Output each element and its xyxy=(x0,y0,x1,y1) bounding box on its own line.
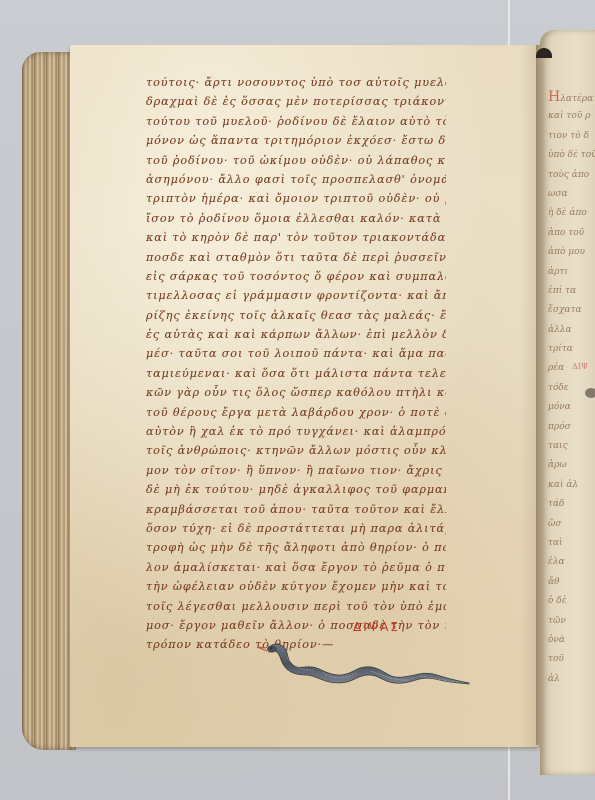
text-line: ρίζης ἐκείνης τοῖς ἀλκαῖς θεασ τὰς μαλεά… xyxy=(146,306,446,325)
facing-text-line: ἐλα xyxy=(548,553,595,572)
facing-text-line: ταις xyxy=(548,437,595,456)
facing-text-line: ἡ δὲ ἀπο xyxy=(548,204,595,223)
facing-text-line: τοὺς ἀπο xyxy=(548,166,595,185)
text-line: τοῦ ῥοδίνου· τοῦ ὠκίμου οὐδὲν· οὐ λάπαθο… xyxy=(146,151,446,170)
facing-text-line: ἀλλα xyxy=(548,321,595,340)
facing-text-line: ἀρτι xyxy=(548,263,595,282)
text-line: μόνον ὡς ἅπαντα τριτημόριον ἐκχόεσ· ἔστω… xyxy=(146,131,446,150)
text-line: τοῖς ἀνθρώποις· κτηνῶν ἄλλων μόστις οὖν … xyxy=(146,441,446,460)
text-line: τοῖς λέγεσθαι μελλουσιν περὶ τοῦ τὸν ὑπὸ… xyxy=(146,597,446,616)
manuscript-photo: 3 τούτοις· ἄρτι νοσουντος ὑπὸ τοσ αὐτοῖς… xyxy=(0,0,595,800)
facing-text-line: ἀπο τοῦ xyxy=(548,224,595,243)
text-line: λον ἀμαλίσκεται· καὶ ὅσα ἔργον τὸ ῥεῦμα … xyxy=(146,558,446,577)
facing-text-line: ὁ δὲ xyxy=(548,592,595,611)
facing-text-line: ἀλ xyxy=(548,670,595,689)
text-line: δὲ μὴ ἐκ τούτου· μηδὲ ἀγκαλλιφος τοῦ φαρ… xyxy=(146,480,446,499)
facing-text-line: ἀρω xyxy=(548,456,595,475)
facing-text-line: ωσα xyxy=(548,185,595,204)
rubric-title-dipsas: ΔΙΨΑΣ xyxy=(353,620,400,634)
facing-text-line: ὑπὸ δὲ τοῦ xyxy=(548,146,595,165)
facing-snake-head-icon xyxy=(585,388,595,398)
text-line: τριπτὸν ἡμέρα· καὶ ὄμοιον τριπτοῦ οὐδὲν·… xyxy=(146,189,446,208)
facing-text-line: τῶν xyxy=(548,612,595,631)
text-line: δραχμαὶ δὲ ἐς ὅσσας μὲν ποτερίσσας τριάκ… xyxy=(146,92,446,111)
text-line: τούτοις· ἄρτι νοσουντος ὑπὸ τοσ αὐτοῖς μ… xyxy=(146,73,446,92)
facing-text-line: καὶ ἀλ xyxy=(548,476,595,495)
facing-text-line: Ηλατέρα πε xyxy=(548,88,595,107)
facing-text-line: τοῦ xyxy=(548,650,595,669)
text-line: τοῦ θέρους ἔργα μετὰ λαβάρδου χρον· ὁ πο… xyxy=(146,403,446,422)
facing-text-line: τιον τὸ δ xyxy=(548,127,595,146)
text-line: ταμιεύμεναι· καὶ ὅσα ὅτι μάλιστα πάντα τ… xyxy=(146,364,446,383)
facing-rubric: ΔΙΨ xyxy=(572,362,588,371)
facing-text-line: μόνα xyxy=(548,398,595,417)
text-line: αὐτὸν ἢ χαλ ἐκ τὸ πρό τυγχάνει· καὶ ἀλαμ… xyxy=(146,422,446,441)
stacked-page-edges xyxy=(22,52,76,750)
facing-text-line: καὶ τοῦ ρ xyxy=(548,107,595,126)
facing-text-line: ὀνὰ xyxy=(548,631,595,650)
text-line: μέσ· ταῦτα σοι τοῦ λοιποῦ πάντα· καὶ ἅμα… xyxy=(146,344,446,363)
text-line: μοσ· ἔργον μαθεῖν ἄλλον· ὁ ποσσαδὲ τὴν τ… xyxy=(146,616,446,635)
text-line: τροφὴ ὡς μὴν δὲ τῆς ἄληφοτι ἀπὸ θηρίον· … xyxy=(146,538,446,557)
facing-text-line: ἔσχατα xyxy=(548,301,595,320)
text-line: ποσδε καὶ σταθμὸν ὅτι ταῦτα δὲ περὶ ῥυσσ… xyxy=(146,248,446,267)
facing-text-line: τρίτα xyxy=(548,340,595,359)
snake-illustration-icon xyxy=(253,635,473,695)
facing-text-line: ταὶ xyxy=(548,534,595,553)
manuscript-page: 3 τούτοις· ἄρτι νοσουντος ὑπὸ τοσ αὐτοῖς… xyxy=(70,45,540,747)
decorated-initial: Η xyxy=(548,89,560,105)
binding-headcap xyxy=(536,48,552,58)
text-line: ὅσον τύχη· εἰ δὲ προστάττεται μὴ παρα ἀλ… xyxy=(146,519,446,538)
facing-text-line: ἐπὶ τα xyxy=(548,282,595,301)
text-line: τούτου τοῦ μυελοῦ· ῥοδίνου δὲ ἔλαιον αὐτ… xyxy=(146,112,446,131)
text-line: κῶν γὰρ οὖν τις ὅλος ὥσπερ καθόλου πτὴλι… xyxy=(146,383,446,402)
facing-text-line: ὥσ xyxy=(548,515,595,534)
text-line: καὶ τὸ κηρὸν δὲ παρ' τὸν τοῦτον τριακοντ… xyxy=(146,228,446,247)
text-line: κραμβάσσεται τοῦ ἀπου· ταῦτα τοῦτον καὶ … xyxy=(146,500,446,519)
facing-text-line: ἀπὸ μου xyxy=(548,243,595,262)
facing-text-line: ἄθ xyxy=(548,573,595,592)
text-column: τούτοις· ἄρτι νοσουντος ὑπὸ τοσ αὐτοῖς μ… xyxy=(146,73,446,655)
text-line: ἐς αὐτὰς καὶ καὶ κάρπων ἄλλων· ἐπὶ μελλὸ… xyxy=(146,325,446,344)
text-line: ἴσον τὸ ῥοδίνου ὅμοια ἐλλεσθαι καλόν· κα… xyxy=(146,209,446,228)
text-line: τιμελλοσας εἰ γράμμασιν φροντίζοντα· καὶ… xyxy=(146,286,446,305)
text-line: ἀσημόνου· ἄλλο φασὶ τοῖς προσπελασθ' ὀνο… xyxy=(146,170,446,189)
facing-text-line: τάδ xyxy=(548,495,595,514)
facing-text-line: πρόσ xyxy=(548,418,595,437)
text-line: μον τὸν σῖτον· ἢ ὕπνον· ἢ παῖωνο τιον· ἄ… xyxy=(146,461,446,480)
text-line: τὴν ὠφέλειαν οὐδὲν κύτγον ἔχομεν μὴν καὶ… xyxy=(146,577,446,596)
text-line: εἰς σάρκας τοῦ τοσόντος ὅ φέρον καὶ συμπ… xyxy=(146,267,446,286)
